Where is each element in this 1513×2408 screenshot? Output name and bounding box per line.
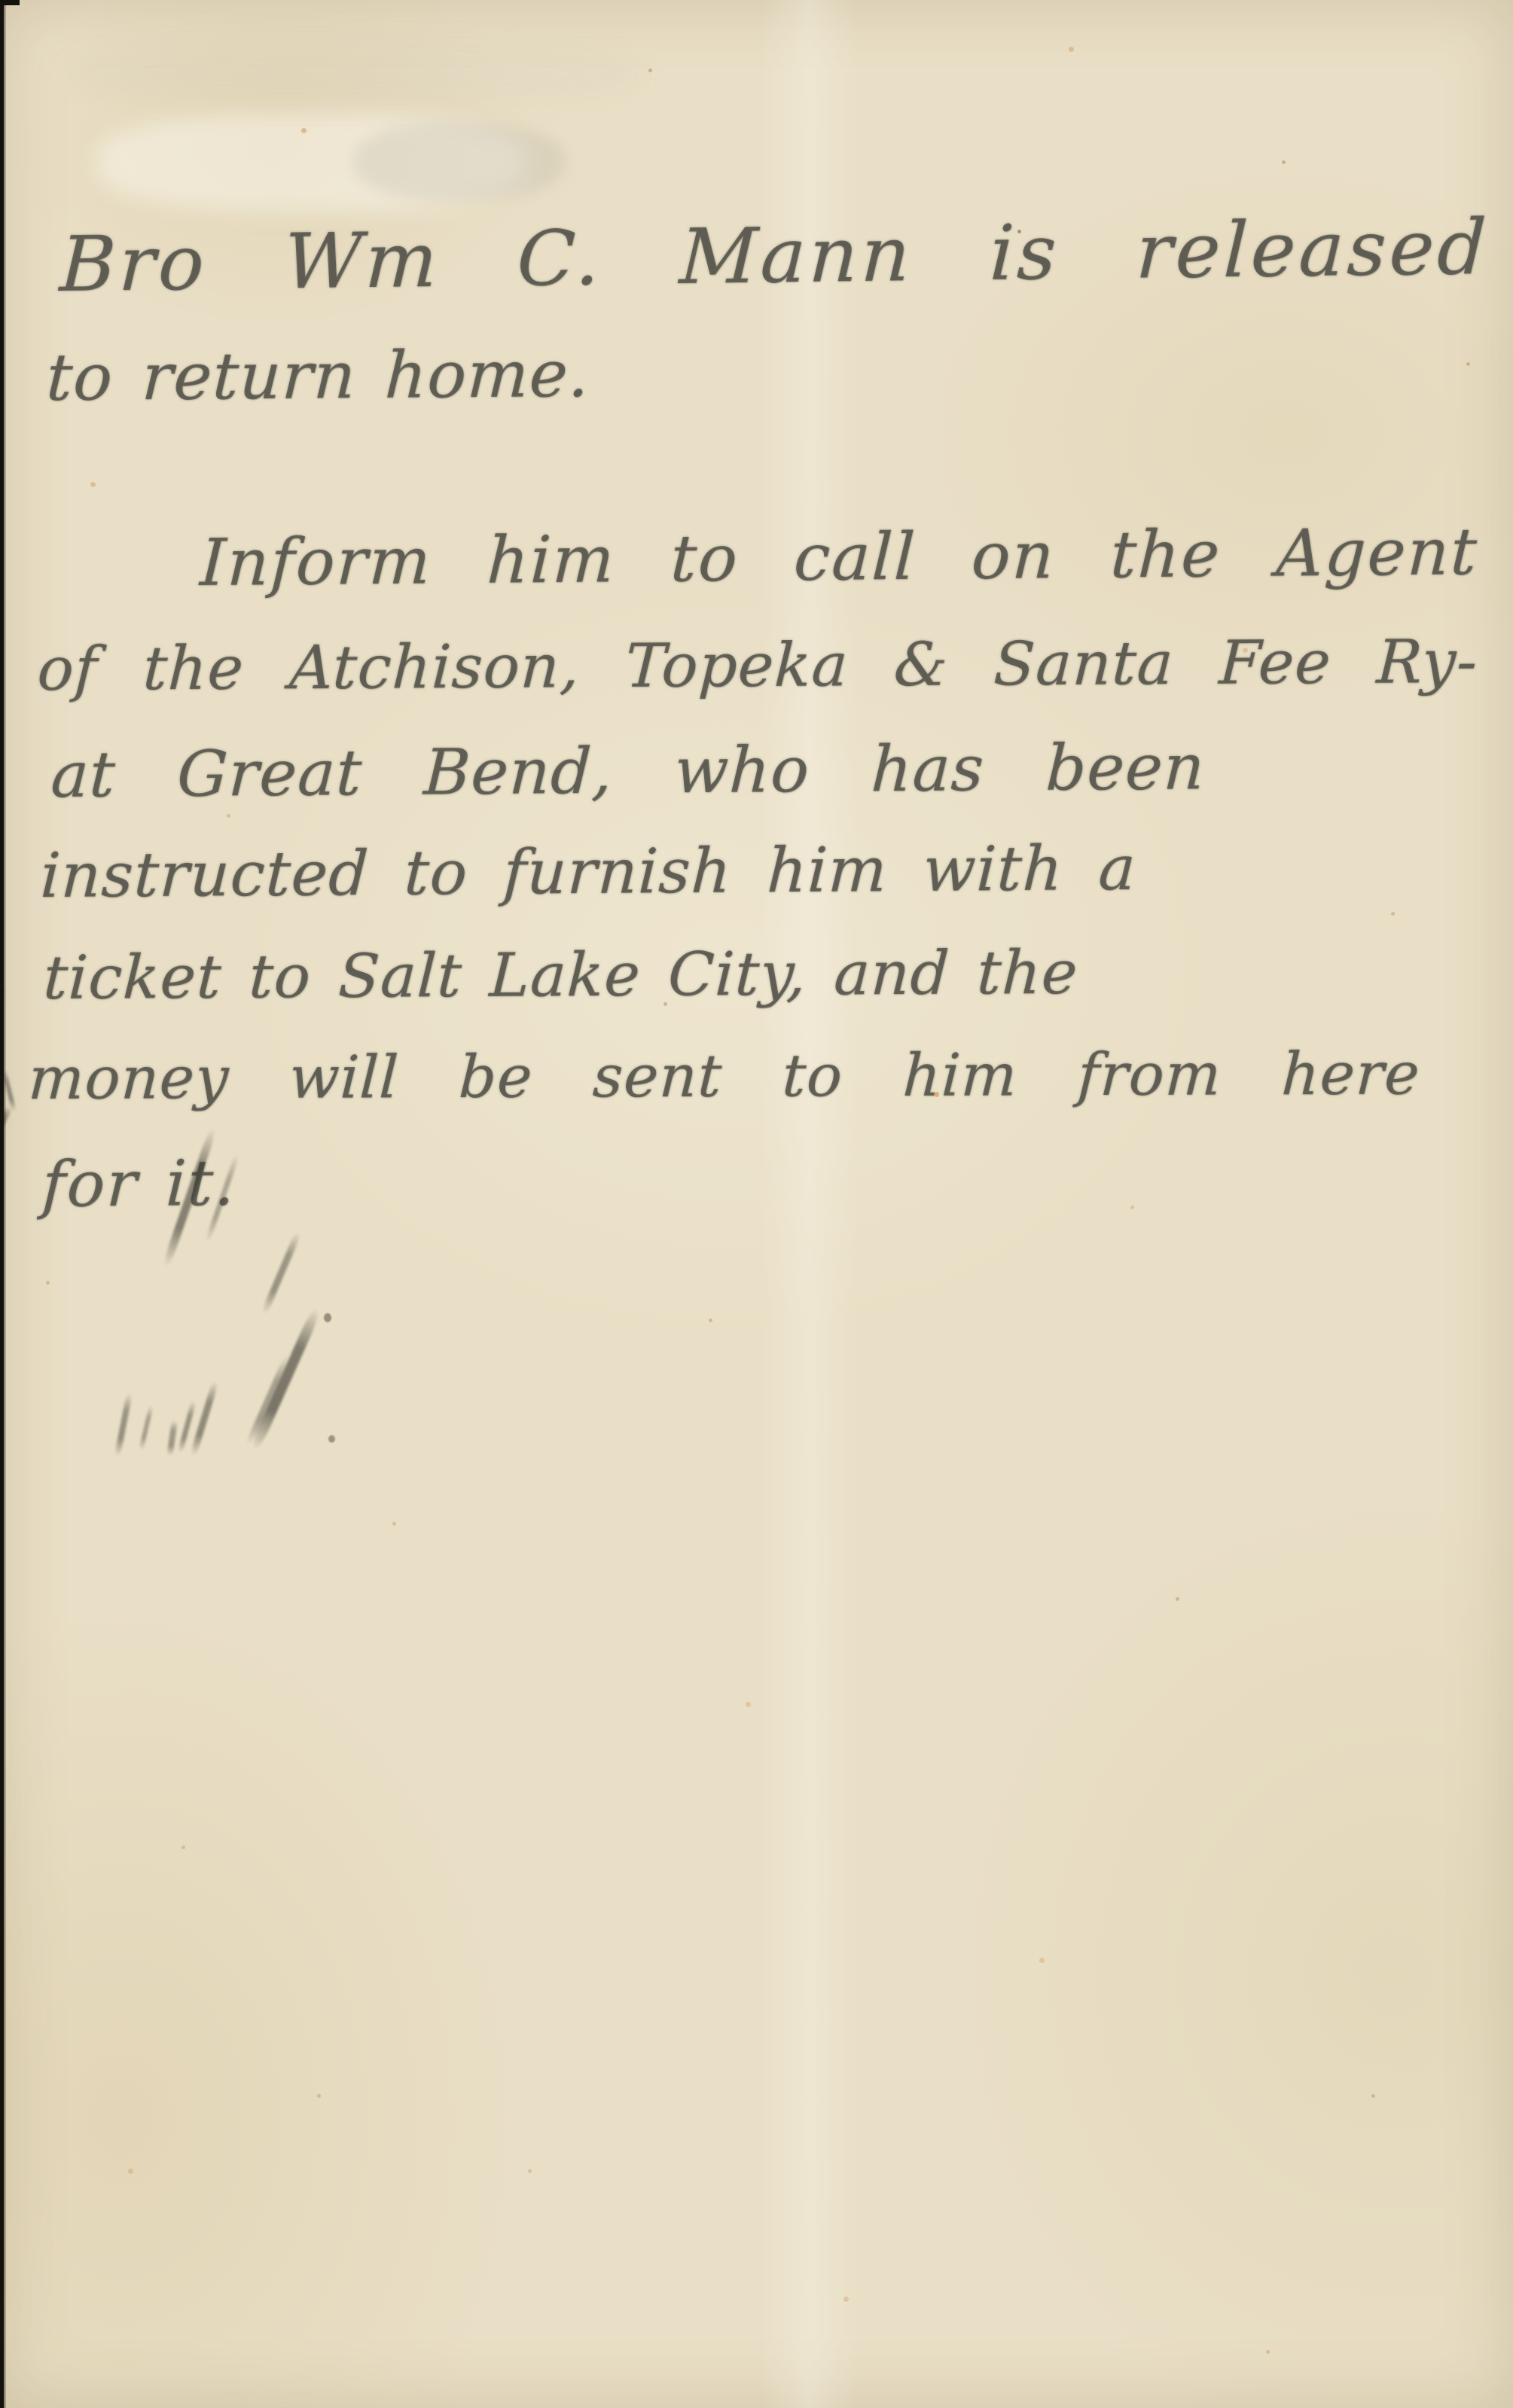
pencil-wash — [354, 122, 565, 201]
handwritten-line: Inform him to call on the Agent — [199, 514, 1480, 601]
paper-crease-sheen — [761, 0, 859, 2408]
pencil-dot — [328, 1435, 335, 1443]
scanned-page: Bro Wm C. Mann is released to return hom… — [0, 0, 1513, 2408]
handwritten-line: money will be sent to him from here — [27, 1041, 1422, 1113]
handwritten-line: to return home. — [44, 337, 591, 416]
handwritten-line: Bro Wm C. Mann is released — [58, 203, 1490, 309]
scan-edge-corner — [0, 0, 20, 5]
pencil-dot — [324, 1313, 331, 1322]
handwritten-line: of the Atchison, Topeka & Santa Fee Ry- — [36, 626, 1480, 704]
scan-shadow-wash — [68, 41, 640, 105]
handwritten-line: for it. — [41, 1146, 238, 1221]
handwritten-line: at Great Bend, who has been — [50, 730, 1207, 812]
handwritten-line: ticket to Salt Lake City, and the — [42, 937, 1080, 1013]
handwritten-line: instructed to furnish him with a — [39, 833, 1138, 912]
scan-edge — [0, 0, 6, 2408]
